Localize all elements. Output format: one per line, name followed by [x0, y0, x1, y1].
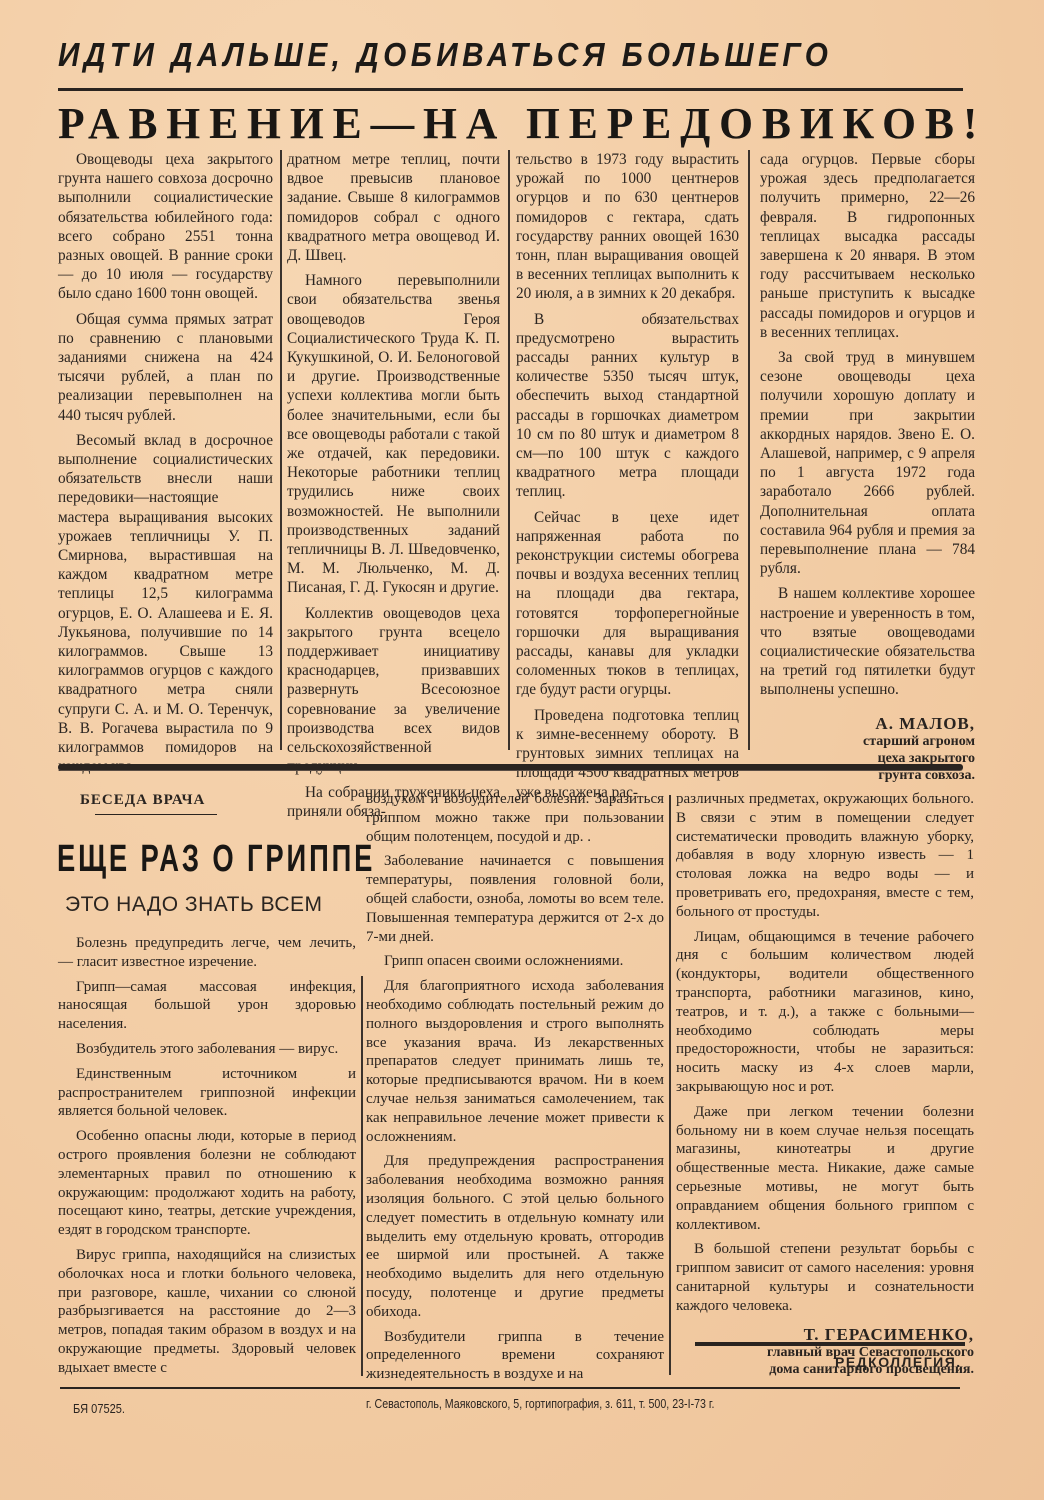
kicker-rule — [58, 88, 963, 91]
paragraph: Единственным источником и распространите… — [58, 1065, 356, 1121]
bottom-column-3: различных предметах, окружающих больного… — [676, 790, 974, 1378]
paragraph: Весомый вклад в досрочное выполнение соц… — [58, 431, 273, 777]
paragraph: Грипп опасен своими осложнениями. — [366, 952, 664, 971]
bottom-column-2: воздухом и возбудителей болезни. Заразит… — [366, 790, 664, 1390]
paragraph: сада огурцов. Первые сборы урожая здесь … — [760, 150, 975, 342]
paragraph: различных предметах, окружающих больного… — [676, 790, 974, 922]
paragraph: За свой труд в минувшем сезоне овощеводы… — [760, 348, 975, 578]
paragraph: Даже при легком течении болезни больному… — [676, 1103, 974, 1235]
paragraph: В большой степени результат борьбы с гри… — [676, 1240, 974, 1315]
paragraph: Овощеводы цеха закрытого грунта нашего с… — [58, 150, 273, 304]
author-role: старший агроном — [760, 733, 975, 750]
paragraph: Грипп—самая массовая инфекция, наносящая… — [58, 978, 356, 1034]
author-name: А. МАЛОВ, — [760, 714, 975, 733]
section-divider — [58, 764, 963, 770]
publication-code: БЯ 07525. — [73, 1401, 125, 1416]
rubric-underline — [95, 814, 217, 815]
author-signature: А. МАЛОВ, старший агроном цеха закрытого… — [760, 714, 975, 784]
paragraph: дратном метре теплиц, почти вдвое превыс… — [287, 150, 500, 265]
headline: РАВНЕНИЕ—НА ПЕРЕДОВИКОВ! — [58, 98, 954, 149]
top-column-4: сада огурцов. Первые сборы урожая здесь … — [760, 150, 975, 784]
top-column-3: тельство в 1973 году вырастить урожай по… — [516, 150, 739, 808]
column-divider — [508, 150, 510, 750]
paragraph: В нашем коллективе хорошее настроение и … — [760, 584, 975, 699]
paragraph: тельство в 1973 году вырастить урожай по… — [516, 150, 739, 304]
column-divider — [280, 150, 282, 750]
column-divider — [361, 976, 363, 1376]
paragraph: воздухом и возбудителей болезни. Заразит… — [366, 790, 664, 846]
top-column-1: Овощеводы цеха закрытого грунта нашего с… — [58, 150, 273, 783]
kicker-heading: ИДТИ ДАЛЬШЕ, ДОБИВАТЬСЯ БОЛЬШЕГО — [58, 36, 873, 74]
paragraph: Проведена подготовка теплиц к зимне-весе… — [516, 706, 739, 802]
paragraph: Возбудители гриппа в течение определенно… — [366, 1328, 664, 1384]
editorial-board-label: РЕДКОЛЛЕГИЯ. — [835, 1354, 962, 1370]
signature-rule — [695, 1342, 965, 1346]
footer-rule — [60, 1387, 960, 1389]
paragraph: Для предупреждения распространения забол… — [366, 1152, 664, 1321]
top-column-2: дратном метре теплиц, почти вдвое превыс… — [287, 150, 500, 827]
paragraph: Для благоприятного исхода заболевания не… — [366, 977, 664, 1146]
paragraph: Заболевание начинается с повышения темпе… — [366, 852, 664, 946]
paragraph: Общая сумма прямых затрат по сравнению с… — [58, 310, 273, 425]
rubric-label: БЕСЕДА ВРАЧА — [80, 792, 205, 809]
print-imprint: г. Севастополь, Маяковского, 5, гортипог… — [366, 1396, 714, 1411]
paragraph: Лицам, общающимся в течение рабочего дня… — [676, 928, 974, 1097]
paragraph: Особенно опасны люди, которые в период о… — [58, 1127, 356, 1240]
article-title: ЕЩЕ РАЗ О ГРИППЕ — [57, 838, 375, 881]
author-signature: Т. ГЕРАСИМЕНКО, главный врач Севастополь… — [676, 1326, 974, 1379]
paragraph: Коллектив овощеводов цеха закрытого грун… — [287, 604, 500, 777]
paragraph: В обязательствах предусмотрено вырастить… — [516, 310, 739, 502]
paragraph: Болезнь предупредить легче, чем лечить, … — [58, 934, 356, 972]
bottom-column-1: Болезнь предупредить легче, чем лечить, … — [58, 934, 356, 1384]
paragraph: Намного перевыполнили свои обязательства… — [287, 271, 500, 597]
paragraph: Вирус гриппа, находящийся на слизистых о… — [58, 1246, 356, 1378]
paragraph: Возбудитель этого заболевания — вирус. — [58, 1040, 356, 1059]
column-divider — [748, 150, 750, 750]
paragraph: Сейчас в цехе идет напряженная работа по… — [516, 508, 739, 700]
article-subtitle: ЭТО НАДО ЗНАТЬ ВСЕМ — [65, 893, 323, 917]
column-divider — [669, 795, 671, 1375]
